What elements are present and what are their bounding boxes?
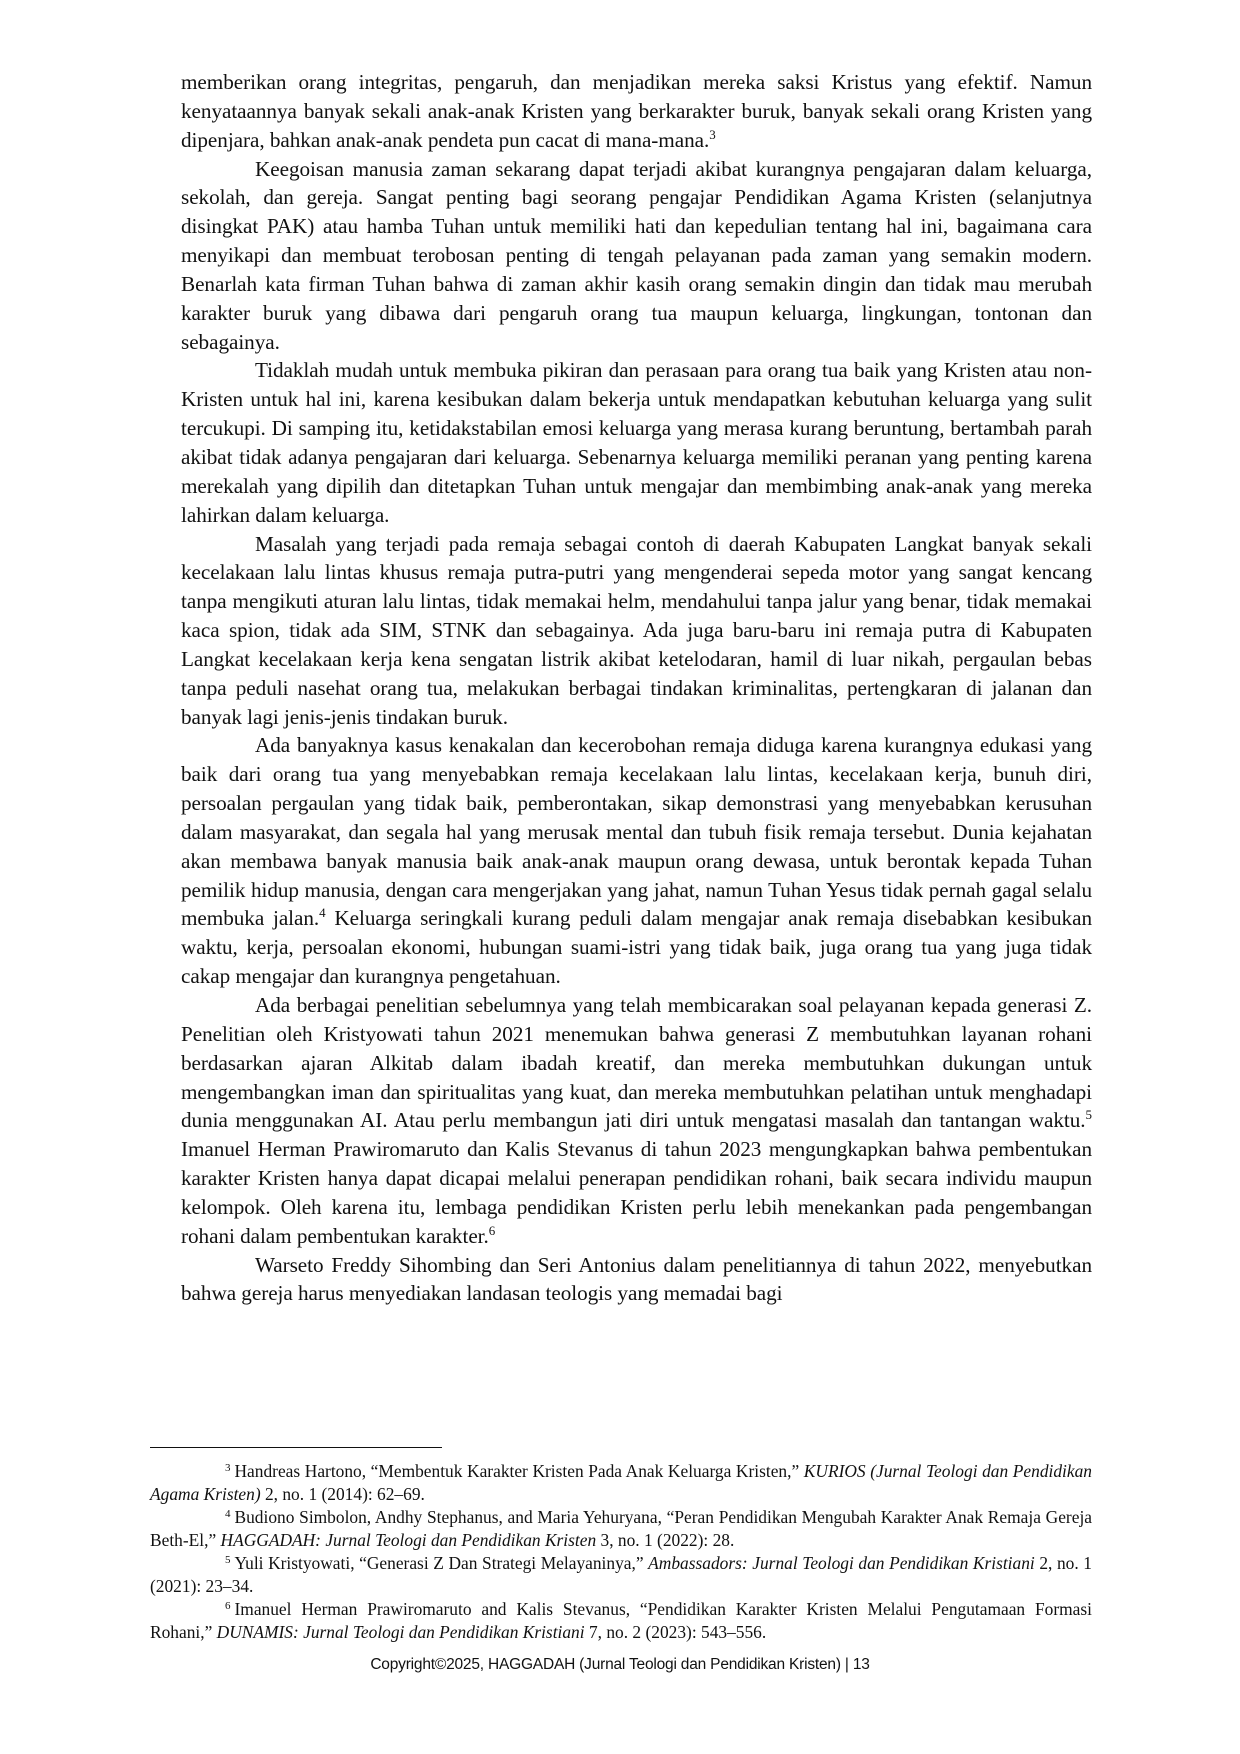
page-footer: Copyright©2025, HAGGADAH (Jurnal Teologi… (0, 1655, 1240, 1675)
paragraph-text: Masalah yang terjadi pada remaja sebagai… (181, 532, 1092, 729)
footnote-text: 3, no. 1 (2022): 28. (596, 1530, 734, 1550)
footer-copyright: Copyright©2025, HAGGADAH (Jurnal Teologi… (370, 1656, 840, 1673)
body-paragraph: Tidaklah mudah untuk membuka pikiran dan… (181, 356, 1092, 529)
footnote-reference[interactable]: 4 (319, 905, 325, 920)
body-paragraph: Ada banyaknya kasus kenakalan dan kecero… (181, 731, 1092, 991)
paragraph-text: Ada banyaknya kasus kenakalan dan kecero… (181, 733, 1092, 930)
paragraph-text: Imanuel Herman Prawiromaruto dan Kalis S… (181, 1137, 1092, 1248)
footnote-text: 7, no. 2 (2023): 543–556. (585, 1622, 767, 1642)
footnote-number: 3 (225, 1462, 231, 1474)
journal-title: DUNAMIS: Jurnal Teologi dan Pendidikan K… (217, 1622, 585, 1642)
paragraph-text: Ada berbagai penelitian sebelumnya yang … (181, 993, 1092, 1132)
footnote-number: 6 (225, 1600, 231, 1612)
footnote-reference[interactable]: 5 (1086, 1107, 1092, 1122)
footer-separator: | (845, 1656, 849, 1673)
body-paragraph: Ada berbagai penelitian sebelumnya yang … (181, 991, 1092, 1251)
footnote: 6Imanuel Herman Prawiromaruto and Kalis … (150, 1598, 1092, 1644)
footnote: 5Yuli Kristyowati, “Generasi Z Dan Strat… (150, 1552, 1092, 1598)
body-paragraph: memberikan orang integritas, pengaruh, d… (181, 68, 1092, 155)
footnote: 3Handreas Hartono, “Membentuk Karakter K… (150, 1460, 1092, 1506)
footnote: 4Budiono Simbolon, Andhy Stephanus, and … (150, 1506, 1092, 1552)
body-paragraph: Warseto Freddy Sihombing dan Seri Antoni… (181, 1251, 1092, 1309)
journal-title: HAGGADAH: Jurnal Teologi dan Pendidikan … (221, 1530, 597, 1550)
footnote-text: 2, no. 1 (2014): 62–69. (261, 1484, 425, 1504)
body-paragraph: Keegoisan manusia zaman sekarang dapat t… (181, 155, 1092, 357)
footnote-text: Yuli Kristyowati, “Generasi Z Dan Strate… (235, 1553, 649, 1573)
journal-title: Ambassadors: Jurnal Teologi dan Pendidik… (648, 1553, 1035, 1573)
document-page: memberikan orang integritas, pengaruh, d… (0, 0, 1240, 1754)
footnote-separator-rule (150, 1447, 442, 1448)
footnote-number: 5 (225, 1554, 231, 1566)
page-number: 13 (853, 1656, 870, 1673)
footnote-number: 4 (225, 1508, 231, 1520)
paragraph-text: Warseto Freddy Sihombing dan Seri Antoni… (181, 1253, 1092, 1306)
footnote-reference[interactable]: 3 (709, 127, 715, 142)
paragraph-text: memberikan orang integritas, pengaruh, d… (181, 70, 1092, 152)
footnote-text: Handreas Hartono, “Membentuk Karakter Kr… (235, 1461, 804, 1481)
paragraph-text: Keegoisan manusia zaman sekarang dapat t… (181, 157, 1092, 354)
footnotes: 3Handreas Hartono, “Membentuk Karakter K… (150, 1460, 1092, 1644)
body-text: memberikan orang integritas, pengaruh, d… (181, 68, 1092, 1308)
footnote-reference[interactable]: 6 (489, 1223, 495, 1238)
paragraph-text: Tidaklah mudah untuk membuka pikiran dan… (181, 358, 1092, 526)
body-paragraph: Masalah yang terjadi pada remaja sebagai… (181, 530, 1092, 732)
